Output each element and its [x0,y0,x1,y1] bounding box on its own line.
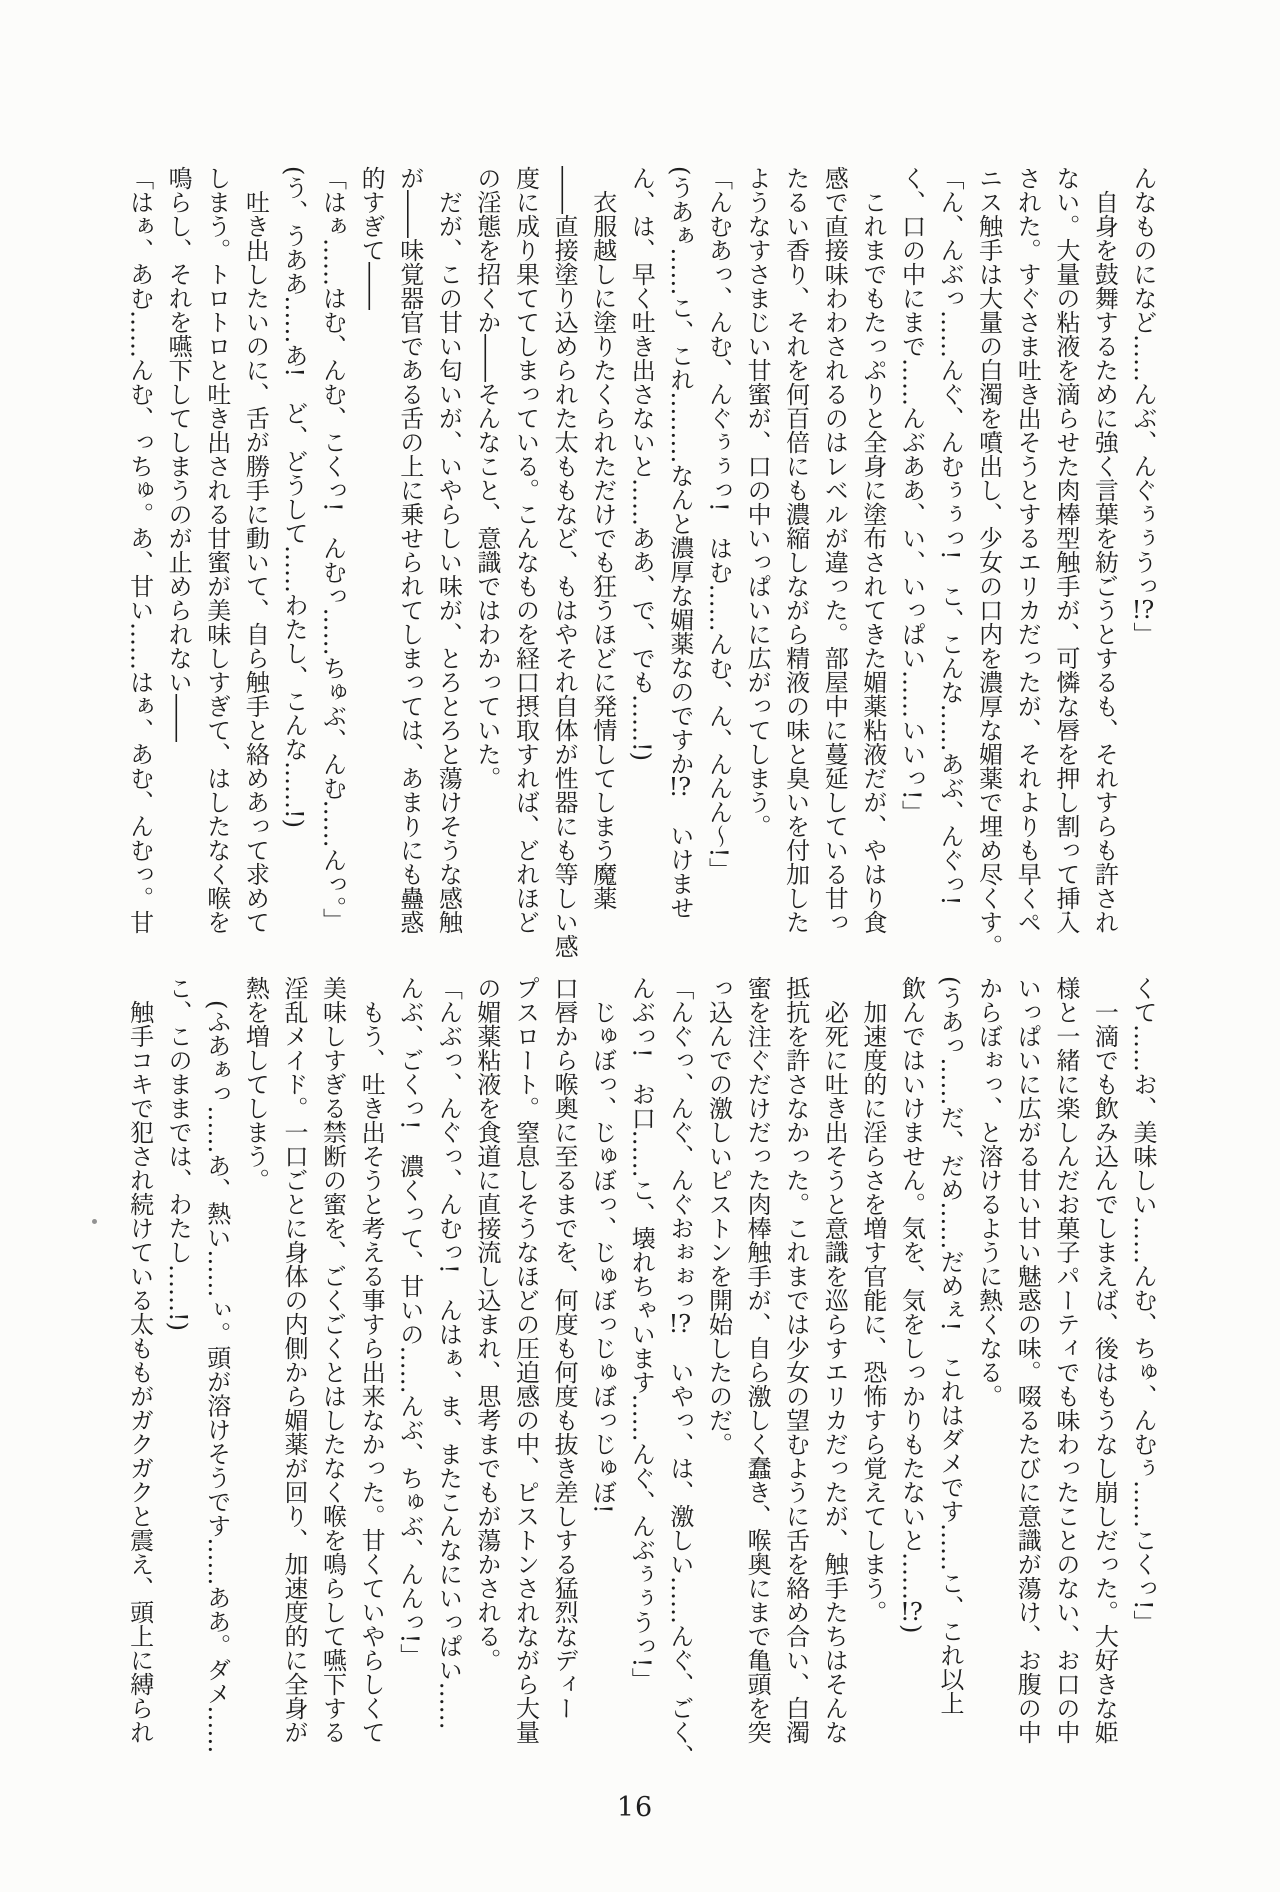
text-column: じゅぼっ、じゅぼっ、じゅぼっじゅぼっじゅぼ! [583,976,622,1766]
text-column: 蜜を注ぐだけだった肉棒触手が、自ら激しく蠢き、喉奥にまで亀頭を突 [737,976,776,1766]
text-column: 「んぐっ、んぐ、んぐおぉぉっ!? いやっ、は、激しい……んぐ、ごく、 [660,976,699,1766]
text-column: 「ん、んぶっ……んぐ、んむぅぅっ! こ、こんな……あぶ、んぐっ! [930,166,969,956]
text-column: 一滴でも飲み込んでしまえば、後はもうなし崩しだった。大好きな姫 [1085,976,1124,1766]
text-column: こ、このままでは、わたし……!) [159,976,198,1766]
text-column: 自身を鼓舞するために強く言葉を紡ごうとするも、それすらも許され [1085,166,1124,956]
text-column: んぶっ! お口……こ、壊れちゃいます……んぐ、んぶぅぅうっ!」 [622,976,661,1766]
text-column: 「はぁ、あむ……んむ、っちゅ。あ、甘い……はぁ、あむ、んむっ。甘 [120,166,159,956]
text-column: んぶ、ごくっ! 濃くって、甘いの……んぶ、ちゅぶ、んんっ!」 [390,976,429,1766]
text-column: っ込んでの激しいピストンを開始したのだ。 [699,976,738,1766]
text-column: 度に成り果ててしまっている。こんなものを経口摂取すれば、どれほど [506,166,545,956]
text-column: 鳴らし、それを嚥下してしまうのが止められない―― [159,166,198,956]
print-artifact-dot [92,1219,97,1224]
text-column: しまう。トロトロと吐き出される甘蜜が美味しすぎて、はしたなく喉を [197,166,236,956]
text-column: 淫乱メイド。一口ごとに身体の内側から媚薬が回り、加速度的に全身が [274,976,313,1766]
tate-chu-yoko: !? [897,1600,925,1624]
tate-chu-yoko: !? [1129,598,1157,622]
text-column: 吐き出したいのに、舌が勝手に動いて、自ら触手と絡めあって求めて [236,166,275,956]
text-column: 美味しすぎる禁断の蜜を、ごくごくとはしたなく喉を鳴らして嚥下する [313,976,352,1766]
text-column: が――味覚器官である舌の上に乗せられてしまっては、あまりにも蠱惑 [390,166,429,956]
text-column: 加速度的に淫らさを増す官能に、恐怖すら覚えてしまう。 [853,976,892,1766]
text-column: んなものになど……んぶ、んぐぅぅうっ!?」 [1123,166,1162,956]
text-column: ない。大量の粘液を滴らせた肉棒型触手が、可憐な唇を押し割って挿入 [1046,166,1085,956]
text-column: ニス触手は大量の白濁を噴出し、少女の口内を濃厚な媚薬で埋め尽くす。 [969,166,1008,956]
text-column: 「はぁ……はむ、んむ、こくっ! んむっ……ちゅぶ、んむ……んっ。」 [313,166,352,956]
text-column: (う、うああ……あ! ど、どうして……わたし、こんな……!) [274,166,313,956]
text-column: もう、吐き出そうと考える事すら出来なかった。甘くていやらしくて [352,976,391,1766]
text-column: たるい香り、それを何百倍にも濃縮しながら精液の味と臭いを付加した [776,166,815,956]
text-block-top: んなものになど……んぶ、んぐぅぅうっ!?」自身を鼓舞するために強く言葉を紡ごうと… [120,166,1162,956]
text-column: だが、この甘い匂いが、いやらしい味が、とろとろと蕩けそうな感触 [429,166,468,956]
tate-chu-yoko: !? [666,1312,694,1336]
document-page: んなものになど……んぶ、んぐぅぅうっ!?」自身を鼓舞するために強く言葉を紡ごうと… [0,0,1280,1892]
text-column: (ふあぁっ……あ、熱い……ぃ。頭が溶けそうです……ああ。ダメ…… [197,976,236,1766]
text-column: の媚薬粘液を食道に直接流し込まれ、思考までもが蕩かされる。 [467,976,506,1766]
text-column: 口唇から喉奥に至るまでを、何度も何度も抜き差しする猛烈なディー [545,976,584,1766]
text-column: 飲んではいけません。気を、気をしっかりもたないと……!?) [892,976,931,1766]
text-column: プスロート。窒息しそうなほどの圧迫感の中、ピストンされながら大量 [506,976,545,1766]
text-column: の淫態を招くか――そんなこと、意識ではわかっていた。 [467,166,506,956]
text-block-bottom: くて……お、美味しい……んむ、ちゅ、んむぅ……こくっ!」一滴でも飲み込んでしまえ… [120,976,1162,1766]
text-column: (うあっ……だ、だめ……だめぇ! これはダメです……こ、これ以上 [930,976,969,1766]
text-column: 「んむあっ、んむ、んぐぅぅっ! はむ……んむ、ん、んんん〜!」 [699,166,738,956]
text-column: 必死に吐き出そうと意識を巡らすエリカだったが、触手たちはそんな [815,976,854,1766]
tate-chu-yoko: !? [666,775,694,799]
text-column: 的すぎて―― [352,166,391,956]
text-column: 抵抗を許さなかった。これまでは少女の望むように舌を絡め合い、白濁 [776,976,815,1766]
text-column: ん、は、早く吐き出さないと……ああ、で、でも……!) [622,166,661,956]
text-column: く、口の中にまで……んぶああ、い、いっぱい……いいっ!」 [892,166,931,956]
text-column: 感で直接味わわされるのはレベルが違った。部屋中に蔓延している甘っ [815,166,854,956]
text-column: ようなすさまじい甘蜜が、口の中いっぱいに広がってしまう。 [737,166,776,956]
text-column: 様と一緒に楽しんだお菓子パーティでも味わったことのない、お口の中 [1046,976,1085,1766]
page-number: 16 [0,1792,1270,1823]
text-column: いっぱいに広がる甘い甘い魅惑の味。啜るたびに意識が蕩け、お腹の中 [1008,976,1047,1766]
text-column: 熱を増してしまう。 [236,976,275,1766]
text-column: 触手コキで犯され続けている太ももがガクガクと震え、頭上に縛られ [120,976,159,1766]
text-column: 「んぶっ、んぐっ、んむっ! んはぁ、ま、またこんなにいっぱい…… [429,976,468,1766]
text-column: からぼぉっ、と溶けるように熱くなる。 [969,976,1008,1766]
text-column: くて……お、美味しい……んむ、ちゅ、んむぅ……こくっ!」 [1123,976,1162,1766]
text-column: ――直接塗り込められた太ももなど、もはやそれ自体が性器にも等しい感 [545,166,584,956]
text-column: これまでもたっぷりと全身に塗布されてきた媚薬粘液だが、やはり食 [853,166,892,956]
text-column: (うあぁ……こ、これ………なんと濃厚な媚薬なのですか!? いけませ [660,166,699,956]
text-column: 衣服越しに塗りたくられただけでも狂うほどに発情してしまう魔薬 [583,166,622,956]
text-column: された。すぐさま吐き出そうとするエリカだったが、それよりも早くペ [1008,166,1047,956]
